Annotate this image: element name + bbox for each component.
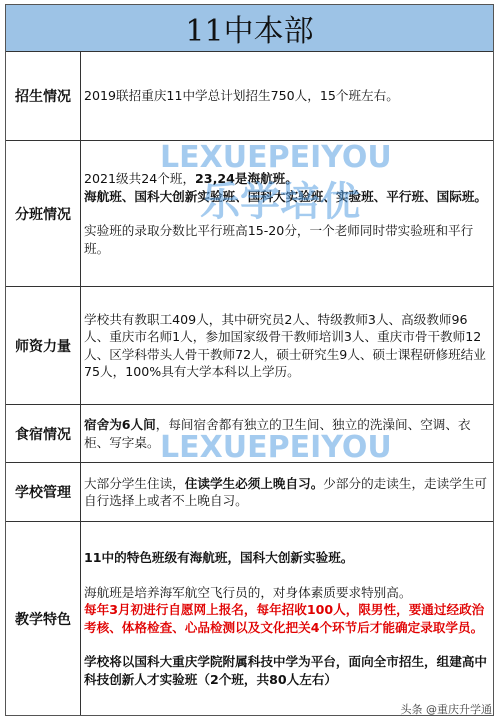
text: 海航班是培养海军航空飞行员的，对身体素质要求特别高。 — [84, 584, 489, 602]
text-bold: 住读学生必须上晚自习。 — [185, 476, 324, 491]
row-label: 招生情况 — [6, 51, 81, 140]
row-enrollment: 招生情况 2019联招重庆11中学总计划招生750人，15个班左右。 — [6, 51, 493, 141]
info-table: 11中本部 招生情况 2019联招重庆11中学总计划招生750人，15个班左右。… — [5, 4, 494, 716]
table-title: 11中本部 — [6, 5, 493, 52]
row-label: 食宿情况 — [6, 405, 81, 462]
row-class-division: 分班情况 2021级共24个班，23,24是海航班。 海航班、国科大创新实验班、… — [6, 141, 493, 287]
text-bold: 宿舍为6人间 — [84, 417, 156, 432]
class-types: 海航班、国科大创新实验班、国科大实验班、实验班、平行班、国际班。 — [84, 188, 489, 206]
row-label: 教学特色 — [6, 522, 81, 715]
row-faculty: 师资力量 学校共有教职工409人，其中研究员2人、特级教师3人、高级教师96人、… — [6, 287, 493, 405]
row-text: 2019联招重庆11中学总计划招生750人，15个班左右。 — [84, 87, 489, 105]
row-label: 师资力量 — [6, 287, 81, 404]
row-features: 教学特色 11中的特色班级有海航班，国科大创新实验班。 海航班是培养海军航空飞行… — [6, 522, 493, 715]
source-credit: 头条 @重庆升学通 — [401, 701, 493, 717]
row-management: 学校管理 大部分学生住读，住读学生必须上晚自习。少部分的走读生，走读学生可自行选… — [6, 463, 493, 522]
row-label: 分班情况 — [6, 141, 81, 286]
text-bold: 11中的特色班级有海航班，国科大创新实验班。 — [84, 549, 489, 567]
text-red: 每年3月初进行自愿网上报名，每年招收100人，限男性，要通过经政治考核、体格检查… — [84, 601, 489, 636]
row-dorm: 食宿情况 宿舍为6人间，每间宿舍都有独立的卫生间、独立的洗澡间、空调、衣柜、写字… — [6, 405, 493, 463]
text-bold: 学校将以国科大重庆学院附属科技中学为平台，面向全市招生，组建高中科技创新人才实验… — [84, 653, 489, 688]
text-bold: 23,24是海航班。 — [195, 171, 298, 186]
row-label: 学校管理 — [6, 463, 81, 521]
text: 2021级共24个班， — [84, 171, 195, 186]
row-text: 学校共有教职工409人，其中研究员2人、特级教师3人、高级教师96人、重庆市名师… — [84, 311, 489, 381]
text: 大部分学生住读， — [84, 476, 185, 491]
text: 实验班的录取分数比平行班高15-20分，一个老师同时带实验班和平行班。 — [84, 222, 489, 257]
